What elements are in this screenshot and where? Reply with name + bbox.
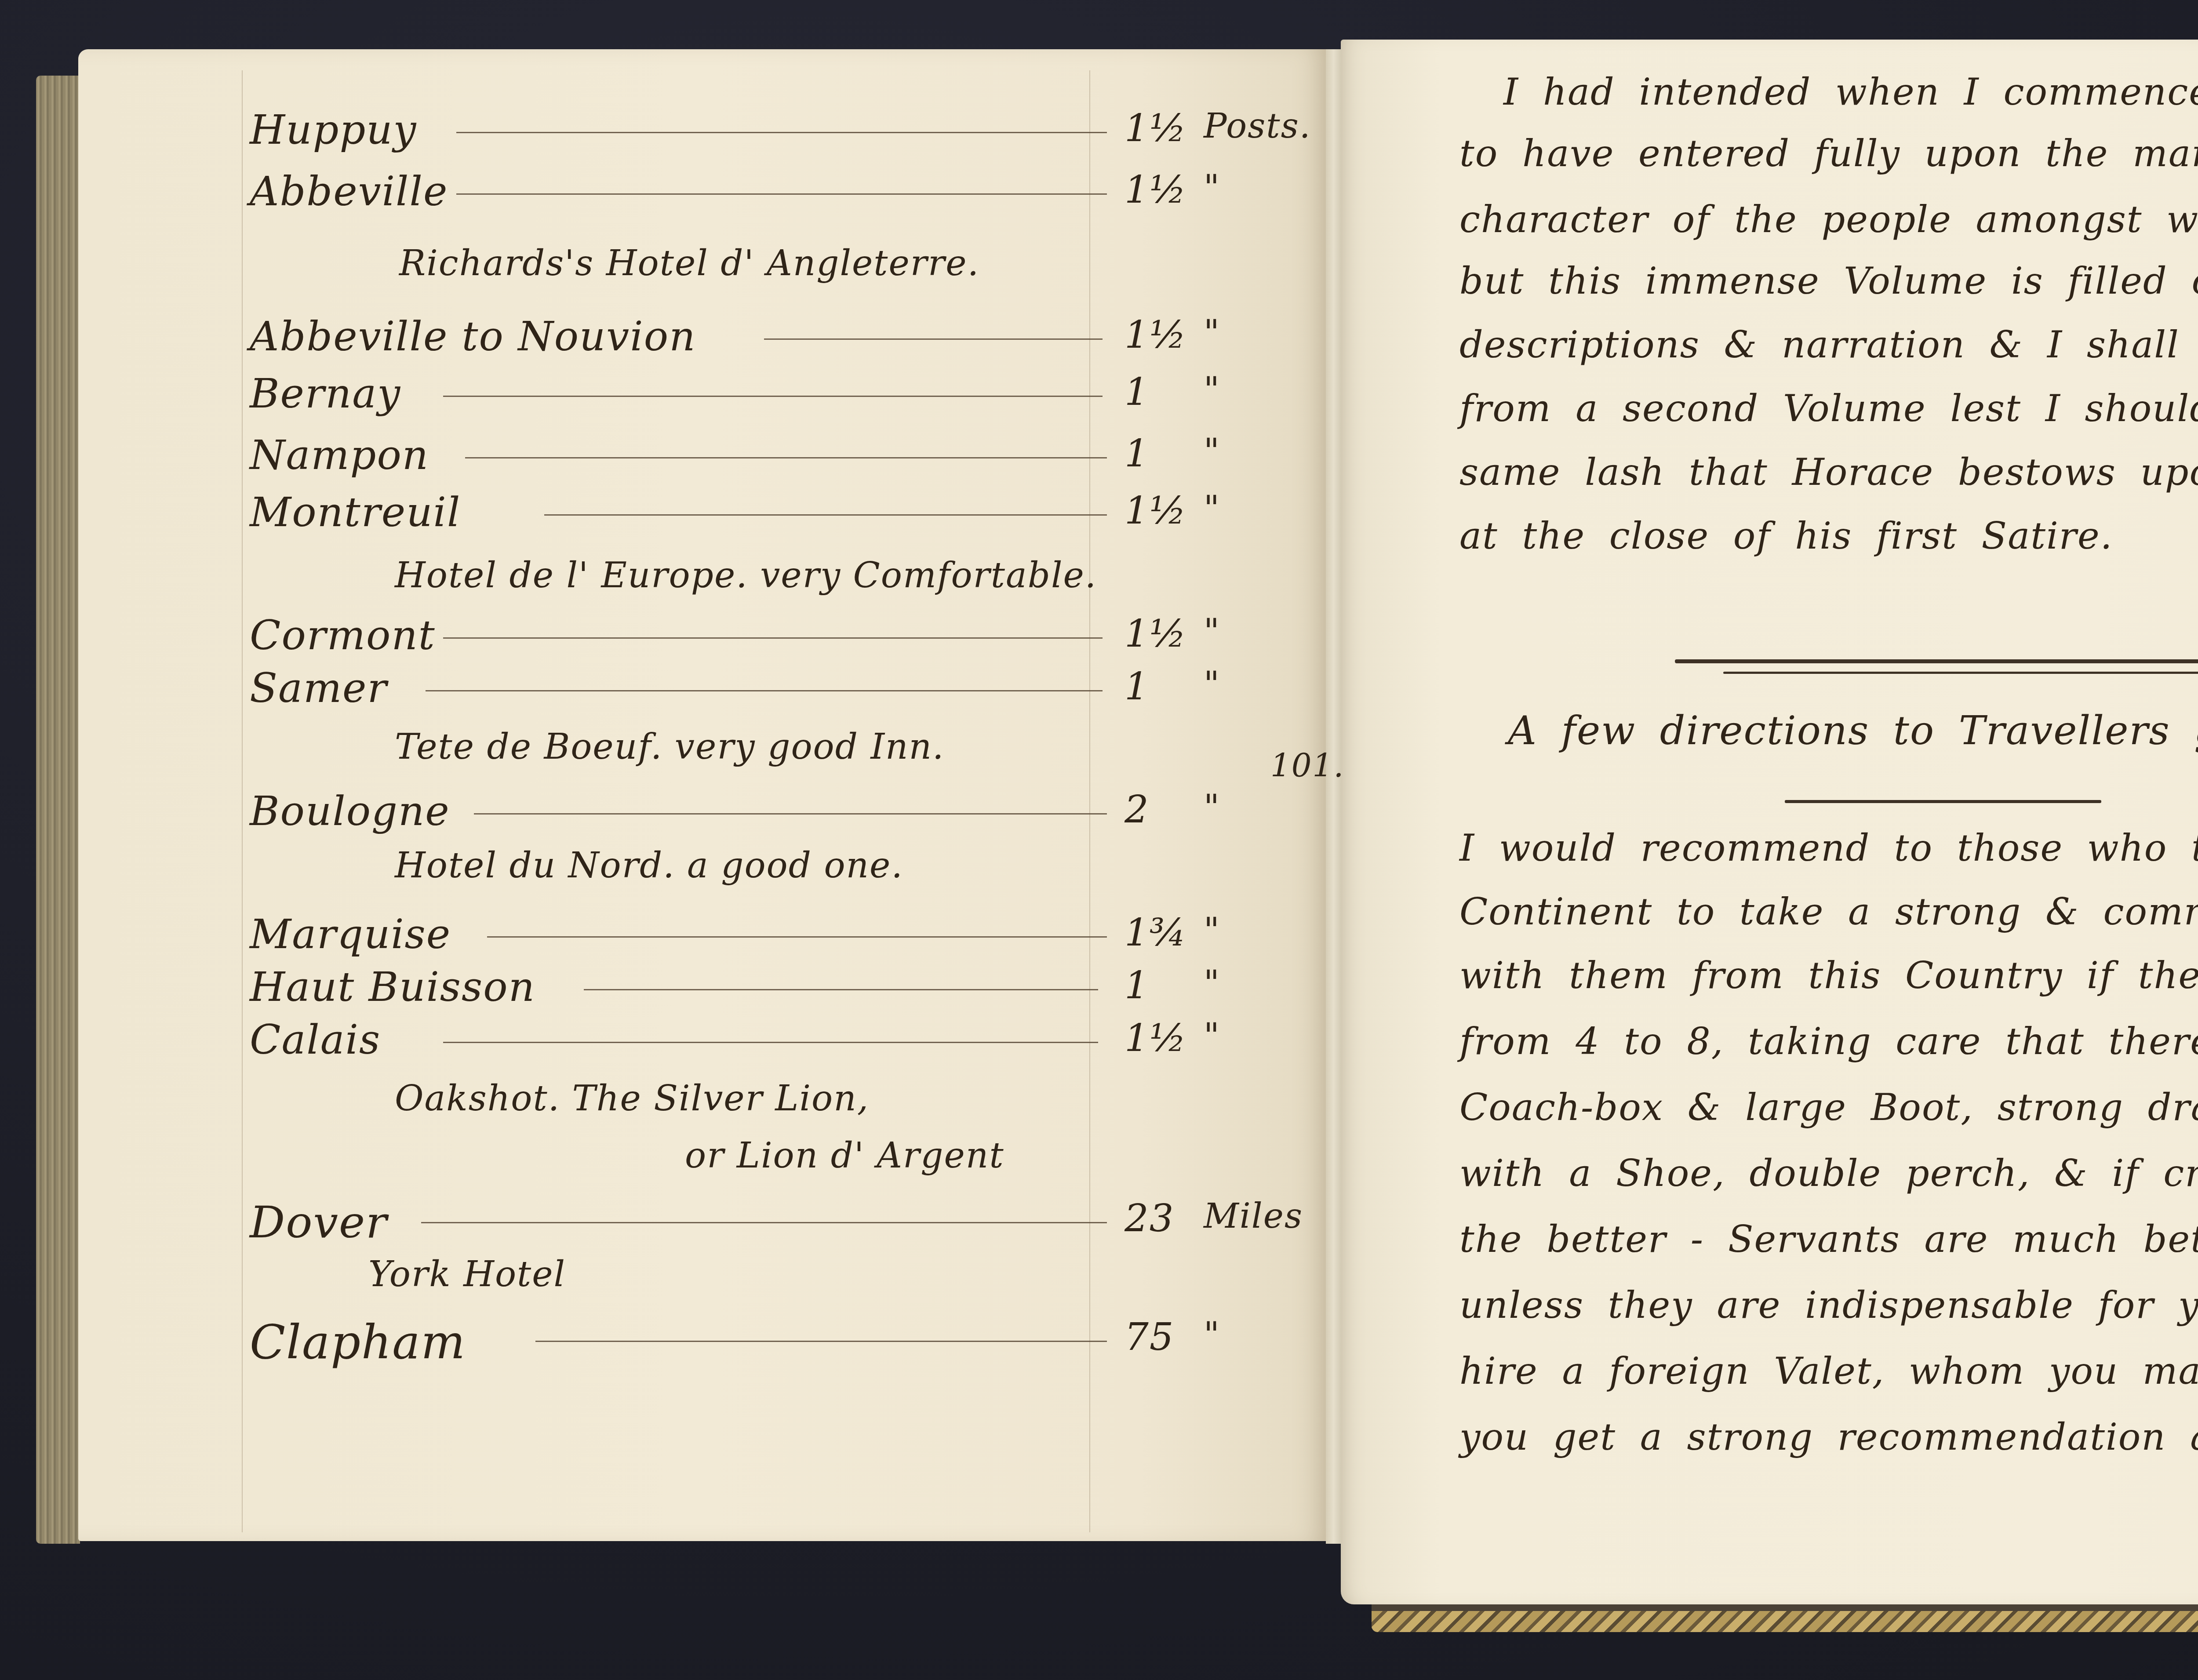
itinerary-row: Nampon 1 ": [78, 432, 1326, 484]
itinerary-note: Hotel du Nord. a good one.: [78, 845, 1326, 898]
place-name: Calais: [250, 1016, 381, 1063]
itinerary-row: Dover 23 Miles: [78, 1196, 1326, 1249]
text-line: same lash that Horace bestows upon a poo…: [1459, 451, 2198, 494]
text-line: Coach-box & large Boot, strong drag-pole…: [1459, 1086, 2198, 1129]
itinerary-note: Hotel de l' Europe. very Comfortable.: [78, 555, 1326, 607]
distance: 1½: [1124, 489, 1187, 533]
unit: ": [1204, 911, 1220, 950]
distance: 1½: [1124, 313, 1187, 357]
text-line: at the close of his first Satire.: [1459, 514, 2198, 557]
unit: ": [1204, 313, 1220, 353]
leader-line: [465, 457, 1107, 458]
distance: 1½: [1124, 1016, 1187, 1060]
leader-line: [584, 989, 1098, 990]
leader-line: [426, 690, 1103, 691]
itinerary-note: Oakshot. The Silver Lion,: [78, 1078, 1326, 1131]
section-divider-bottom: [1723, 672, 2198, 674]
itinerary-row: Samer 1 ": [78, 665, 1326, 717]
text-line: descriptions & narration & I shall certa…: [1459, 323, 2198, 366]
page-number: 101.: [1270, 747, 1344, 784]
itinerary-row: Montreuil 1½ ": [78, 489, 1326, 542]
itinerary-list: Huppuy 1½ Posts. Abbeville 1½ " Richards…: [78, 49, 1326, 1541]
text-line: but this immense Volume is filled only w…: [1459, 259, 2198, 302]
text-line: hire a foreign Valet, whom you may depen…: [1459, 1349, 2198, 1393]
hotel-note: Richards's Hotel d' Angleterre.: [399, 243, 979, 284]
leader-line: [487, 936, 1107, 938]
leader-line: [456, 132, 1107, 133]
leader-line: [474, 813, 1107, 815]
unit: Posts.: [1204, 106, 1311, 146]
section-heading: A few directions to Travellers going the…: [1508, 708, 2198, 754]
hotel-note: Oakshot. The Silver Lion,: [395, 1078, 869, 1119]
leader-line: [544, 514, 1107, 516]
heading-underline: [1785, 800, 2101, 803]
hotel-note: Tete de Boeuf. very good Inn.: [395, 726, 945, 767]
text-line: Continent to take a strong & commodious …: [1459, 890, 2198, 933]
itinerary-row: Clapham 75 ": [78, 1315, 1326, 1368]
text-line: you get a strong recommendation as their…: [1459, 1415, 2198, 1458]
itinerary-note: York Hotel: [78, 1254, 1326, 1306]
place-name: Huppuy: [250, 106, 417, 153]
leader-line: [421, 1222, 1107, 1223]
place-name: Bernay: [250, 370, 401, 417]
unit: ": [1204, 489, 1220, 528]
distance: 1½: [1124, 168, 1187, 212]
distance: 1½: [1124, 612, 1187, 656]
unit: ": [1204, 1016, 1220, 1056]
itinerary-row: Abbeville to Nouvion 1½ ": [78, 313, 1326, 366]
text-line: with them from this Country if they are …: [1459, 954, 2198, 997]
itinerary-note: Richards's Hotel d' Angleterre.: [78, 243, 1326, 295]
unit: ": [1204, 370, 1220, 410]
text-line: I had intended when I commenced this Boo…: [1503, 70, 2198, 113]
text-line: from 4 to 8, taking care that there is a…: [1459, 1020, 2198, 1063]
place-name: Samer: [250, 665, 388, 712]
itinerary-row: Huppuy 1½ Posts.: [78, 106, 1326, 159]
unit: ": [1204, 612, 1220, 651]
place-name: Cormont: [250, 612, 436, 659]
text-line: with a Shoe, double perch, & if crane-ne…: [1459, 1152, 2198, 1195]
hotel-note: or Lion d' Argent: [685, 1135, 1004, 1176]
hotel-note: Hotel de l' Europe. very Comfortable.: [395, 555, 1097, 596]
place-name: Montreuil: [250, 489, 461, 536]
hotel-note: Hotel du Nord. a good one.: [395, 845, 903, 886]
section-divider-top: [1675, 659, 2198, 663]
itinerary-note: or Lion d' Argent: [78, 1135, 1326, 1188]
unit: ": [1204, 665, 1220, 704]
distance: 1: [1124, 665, 1150, 709]
place-name: Abbeville to Nouvion: [250, 313, 696, 360]
unit: ": [1204, 432, 1220, 471]
place-name: Haut Buisson: [250, 964, 535, 1011]
gilt-tooled-bottom-edge: [1372, 1611, 2198, 1632]
leader-line: [535, 1341, 1107, 1342]
leader-line: [764, 338, 1103, 340]
unit: ": [1204, 964, 1220, 1003]
itinerary-row: Calais 1½ ": [78, 1016, 1326, 1069]
itinerary-row: Boulogne 2 ": [78, 788, 1326, 840]
distance: 23: [1124, 1196, 1174, 1240]
leader-line: [443, 396, 1103, 397]
hotel-note: York Hotel: [368, 1254, 566, 1295]
distance: 75: [1124, 1315, 1174, 1359]
unit: ": [1204, 788, 1220, 827]
itinerary-note: Tete de Boeuf. very good Inn.: [78, 726, 1326, 779]
place-name: Nampon: [250, 432, 429, 479]
place-name: Abbeville: [250, 168, 448, 215]
leader-line: [443, 1042, 1098, 1043]
distance: 1: [1124, 432, 1150, 476]
place-name: Dover: [250, 1196, 388, 1248]
text-line: I would recommend to those who travel on…: [1459, 826, 2198, 869]
distance: 2: [1124, 788, 1150, 832]
text-line: the better - Servants are much better le…: [1459, 1218, 2198, 1261]
distance: 1: [1124, 964, 1150, 1007]
text-line: character of the people amongst whom we …: [1459, 198, 2198, 241]
leader-line: [443, 637, 1103, 639]
text-line: to have entered fully upon the manners c…: [1459, 132, 2198, 175]
itinerary-row: Cormont 1½ ": [78, 612, 1326, 665]
place-name: Clapham: [250, 1315, 466, 1369]
unit: ": [1204, 168, 1220, 207]
distance: 1: [1124, 370, 1150, 414]
itinerary-row: Marquise 1¾ ": [78, 911, 1326, 964]
itinerary-row: Haut Buisson 1 ": [78, 964, 1326, 1016]
text-line: unless they are indispensable for your c…: [1459, 1284, 2198, 1327]
page-stack-left: [36, 76, 80, 1544]
unit: Miles: [1204, 1196, 1303, 1236]
place-name: Boulogne: [250, 788, 450, 835]
distance: 1½: [1124, 106, 1187, 150]
itinerary-row: Bernay 1 ": [78, 370, 1326, 423]
unit: ": [1204, 1315, 1220, 1355]
text-line: from a second Volume lest I should come …: [1459, 387, 2198, 430]
distance: 1¾: [1124, 911, 1187, 955]
place-name: Marquise: [250, 911, 451, 958]
itinerary-row: Abbeville 1½ ": [78, 168, 1326, 221]
leader-line: [456, 193, 1107, 195]
